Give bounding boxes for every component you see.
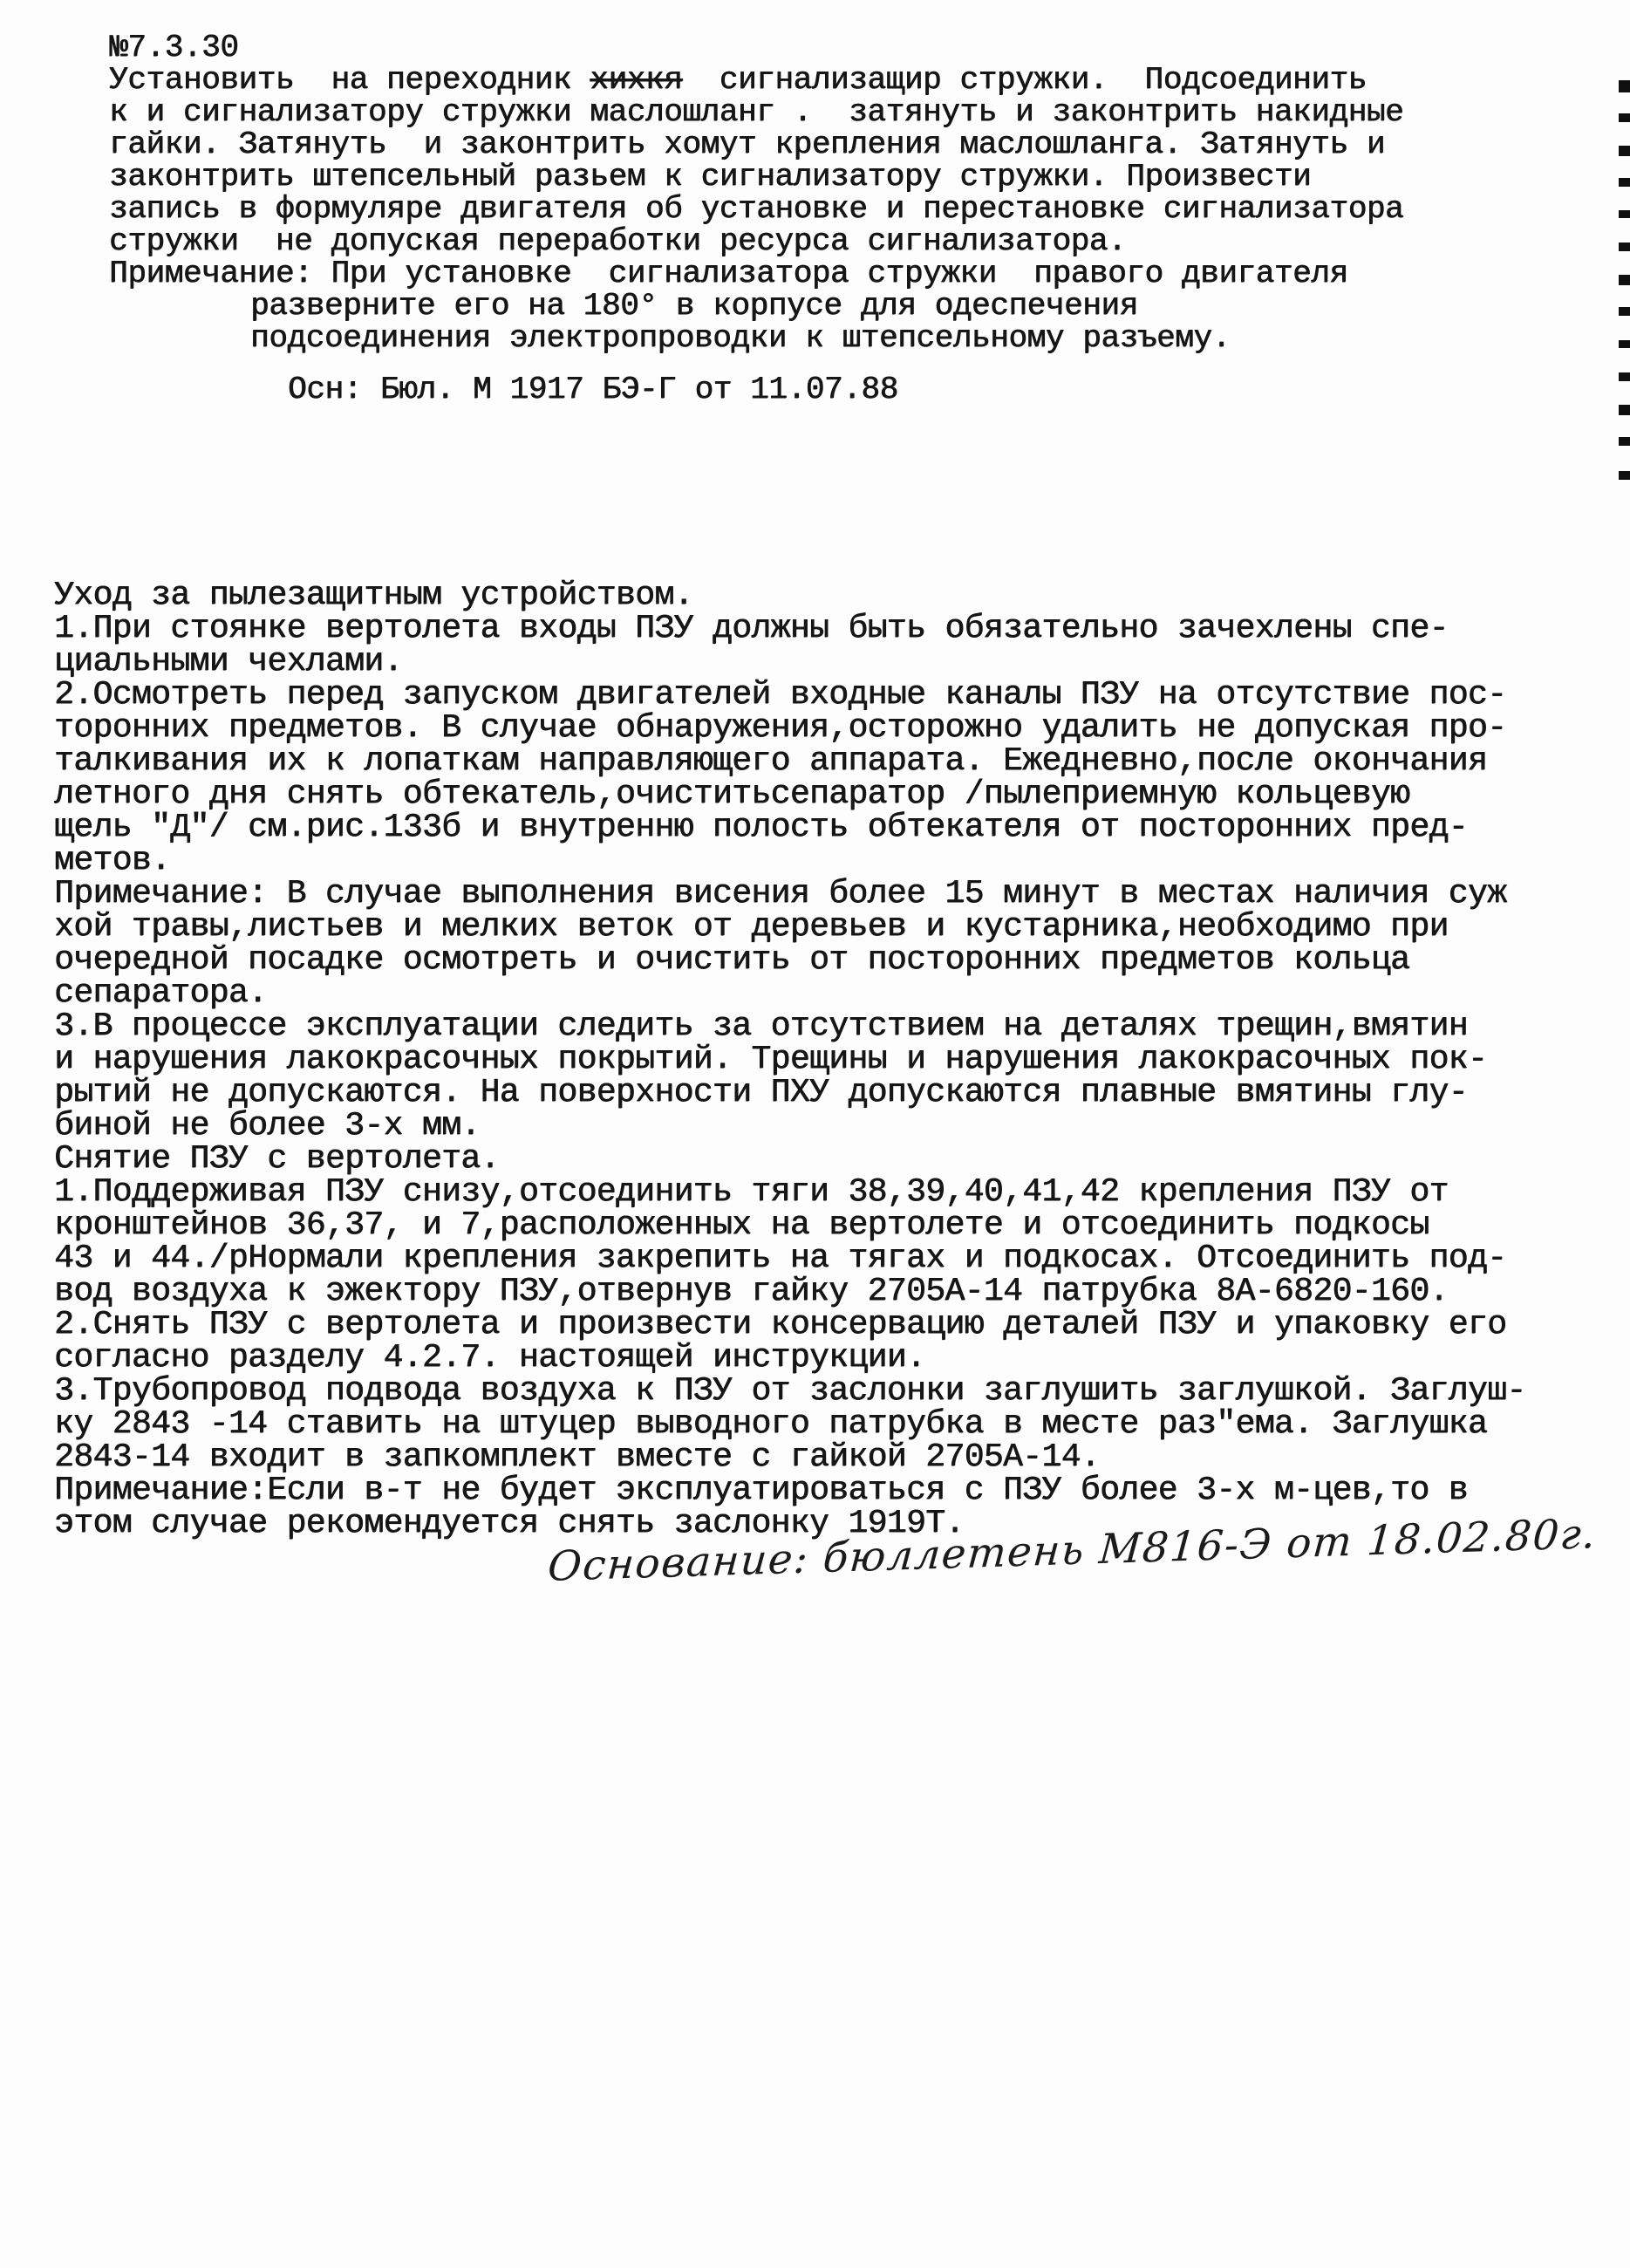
text-line: 3.В процессе эксплуатации следить за отс… [54,1010,1620,1043]
text-line: летного дня снять обтекатель,очиститьсеп… [54,778,1620,811]
scan-artifact [1619,210,1630,218]
text-line: рытий не допускаются. На поверхности ПХУ… [54,1076,1620,1110]
text-line: Установить на переходник хихкя сигнализа… [109,64,1522,96]
scan-artifact [1619,471,1630,480]
text-line: талкивания их к лопаткам направляющего а… [54,745,1620,778]
note-line: разверните его на 180° в корпусе для оде… [250,290,1522,322]
text-line: биной не более 3-х мм. [54,1110,1620,1143]
text-line: 3.Трубопровод подвода воздуха к ПЗУ от з… [54,1375,1620,1408]
text-fragment: сигнализащир стружки. Подсоединить [682,62,1367,98]
text-line: гайки. Затянуть и законтрить хомут крепл… [109,128,1522,161]
scan-artifact [1619,178,1630,187]
note-line: очередной посадке осмотреть и очистить о… [54,944,1620,977]
text-line: вод воздуха к эжектору ПЗУ,отвернув гайк… [54,1275,1620,1308]
text-line: торонних предметов. В случае обнаружения… [54,712,1620,745]
section-dust-protection: Уход за пылезащитным устройством. 1.При … [54,579,1620,1540]
scan-artifact [1619,405,1630,415]
text-line: 2.Осмотреть перед запуском двигателей вх… [54,679,1620,712]
scan-artifact [1619,243,1630,251]
text-line: и нарушения лакокрасочных покрытий. Трещ… [54,1043,1620,1076]
text-line: 1.Поддерживая ПЗУ снизу,отсоединить тяги… [54,1176,1620,1209]
text-line: к и сигнализатору стружки маслошланг . з… [109,96,1522,128]
text-line: ку 2843 -14 ставить на штуцер выводного … [54,1408,1620,1441]
scan-artifact [1619,80,1630,92]
text-fragment: Установить на переходник [109,62,590,98]
note-line: хой травы,листьев и мелких веток от дере… [54,911,1620,944]
text-line: согласно разделу 4.2.7. настоящей инстру… [54,1342,1620,1375]
scan-artifacts [1614,0,1630,2268]
text-line: 1.При стоянке вертолета входы ПЗУ должны… [54,612,1620,646]
scan-artifact [1619,307,1630,316]
note-line: Примечание: В случае выполнения висения … [54,878,1620,911]
section-chip-detector: №7.3.30 Установить на переходник хихкя с… [109,31,1522,406]
note-line: Примечание: При установке сигнализатора … [109,257,1522,290]
text-line: кронштейнов 36,37, и 7,расположенных на … [54,1209,1620,1242]
text-line: запись в формуляре двигателя об установк… [109,193,1522,225]
scan-artifact [1619,113,1630,122]
struck-out-word: хихкя [590,62,682,98]
text-line: щель "Д"/ см.рис.133б и внутренню полост… [54,811,1620,844]
text-line: метов. [54,844,1620,878]
paragraph-number: №7.3.30 [109,31,1522,64]
text-line: законтрить штепсельный разьем к сигнализ… [109,161,1522,193]
note-line: сепаратора. [54,977,1620,1010]
scanned-document-page: №7.3.30 Установить на переходник хихкя с… [0,0,1630,2268]
text-line: стружки не допуская переработки ресурса … [109,225,1522,257]
text-line: 2843-14 входит в запкомплект вместе с га… [54,1441,1620,1474]
text-line: 43 и 44./рНормали крепления закрепить на… [54,1242,1620,1275]
scan-artifact [1619,146,1630,156]
text-line: 2.Снять ПЗУ с вертолета и произвести кон… [54,1308,1620,1342]
scan-artifact [1619,340,1630,348]
section-heading: Уход за пылезащитным устройством. [54,579,1620,612]
note-line: подсоединения электропроводки к штепсель… [250,322,1522,354]
scan-artifact [1619,275,1630,285]
note-line: Примечание:Если в-т не будет эксплуатиро… [54,1474,1620,1507]
scan-artifact [1619,437,1630,446]
scan-artifact [1619,372,1630,381]
text-line: циальными чехлами. [54,646,1620,679]
subsection-heading: Снятие ПЗУ с вертолета. [54,1143,1620,1176]
basis-reference-line: Осн: Бюл. М 1917 БЭ-Г от 11.07.88 [288,373,1522,406]
